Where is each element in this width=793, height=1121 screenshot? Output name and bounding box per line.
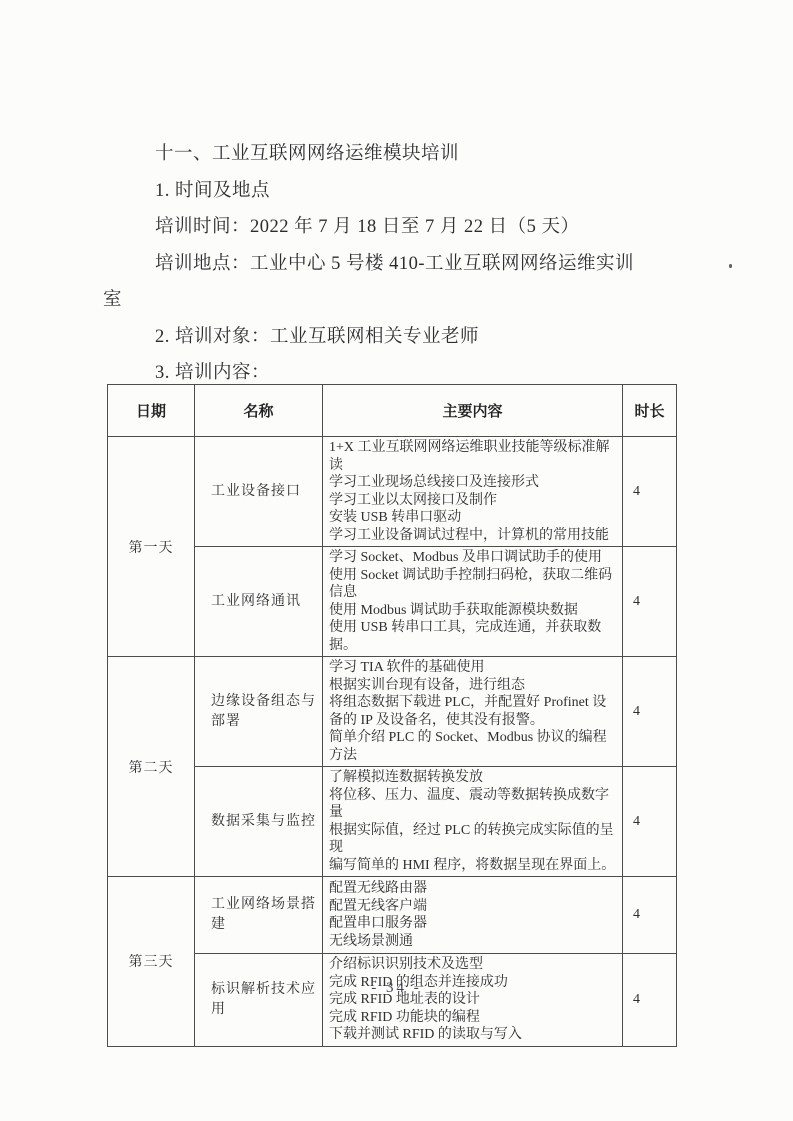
session-name-cell: 数据采集与监控 xyxy=(195,767,323,877)
table-row: 第一天 工业设备接口 1+X 工业互联网网络运维职业技能等级标准解读 学习工业现… xyxy=(108,437,677,547)
session-content-cell: 1+X 工业互联网网络运维职业技能等级标准解读 学习工业现场总线接口及连接形式 … xyxy=(323,437,623,547)
col-header-name: 名称 xyxy=(195,385,323,437)
session-content-cell: 配置无线路由器 配置无线客户端 配置串口服务器 无线场景测通 xyxy=(323,877,623,954)
col-header-main-content: 主要内容 xyxy=(323,385,623,437)
session-hours-cell: 4 xyxy=(623,547,677,657)
session-hours-cell: 4 xyxy=(623,767,677,877)
session-hours-cell: 4 xyxy=(623,657,677,767)
table-row: 第三天 工业网络场景搭建 配置无线路由器 配置无线客户端 配置串口服务器 无线场… xyxy=(108,877,677,954)
day-cell: 第一天 xyxy=(108,437,195,657)
session-name-cell: 工业网络通讯 xyxy=(195,547,323,657)
paragraph-training-location: 培训地点：工业中心 5 号楼 410-工业互联网网络运维实训 室 xyxy=(103,246,692,319)
session-content-cell: 介绍标识识别技术及选型 完成 RFID 的组态并连接成功 完成 RFID 地址表… xyxy=(323,954,623,1047)
document-body: 十一、工业互联网网络运维模块培训 1. 时间及地点 培训时间：2022 年 7 … xyxy=(103,136,692,392)
table-header-row: 日期 名称 主要内容 时长 xyxy=(108,385,677,437)
session-name-cell: 工业网络场景搭建 xyxy=(195,877,323,954)
session-hours-cell: 4 xyxy=(623,437,677,547)
paragraph-time-and-place: 1. 时间及地点 xyxy=(103,173,692,210)
col-header-date: 日期 xyxy=(108,385,195,437)
table-row: 第二天 边缘设备组态与部署 学习 TIA 软件的基础使用 根据实训台现有设备，进… xyxy=(108,657,677,767)
session-content-cell: 学习 Socket、Modbus 及串口调试助手的使用 使用 Socket 调试… xyxy=(323,547,623,657)
session-name-cell: 边缘设备组态与部署 xyxy=(195,657,323,767)
session-hours-cell: 4 xyxy=(623,877,677,954)
day-cell: 第三天 xyxy=(108,877,195,1047)
scan-artifact-dot xyxy=(729,264,732,268)
document-page: 十一、工业互联网网络运维模块培训 1. 时间及地点 培训时间：2022 年 7 … xyxy=(0,0,793,1121)
paragraph-training-time: 培训时间：2022 年 7 月 18 日至 7 月 22 日（5 天） xyxy=(103,209,692,246)
paragraph-training-audience: 2. 培训对象：工业互联网相关专业老师 xyxy=(103,319,692,356)
col-header-duration: 时长 xyxy=(623,385,677,437)
session-name-cell: 工业设备接口 xyxy=(195,437,323,547)
session-content-cell: 了解模拟连数据转换发放 将位移、压力、温度、震动等数据转换成数字量 根据实际值，… xyxy=(323,767,623,877)
section-heading: 十一、工业互联网网络运维模块培训 xyxy=(103,136,692,173)
session-content-cell: 学习 TIA 软件的基础使用 根据实训台现有设备，进行组态 将组态数据下载进 P… xyxy=(323,657,623,767)
session-name-cell: 标识解析技术应用 xyxy=(195,954,323,1047)
page-number: - 34 - xyxy=(0,980,793,997)
day-cell: 第二天 xyxy=(108,657,195,877)
training-schedule-table: 日期 名称 主要内容 时长 第一天 工业设备接口 1+X 工业互联网网络运维职业… xyxy=(107,384,677,1047)
session-hours-cell: 4 xyxy=(623,954,677,1047)
